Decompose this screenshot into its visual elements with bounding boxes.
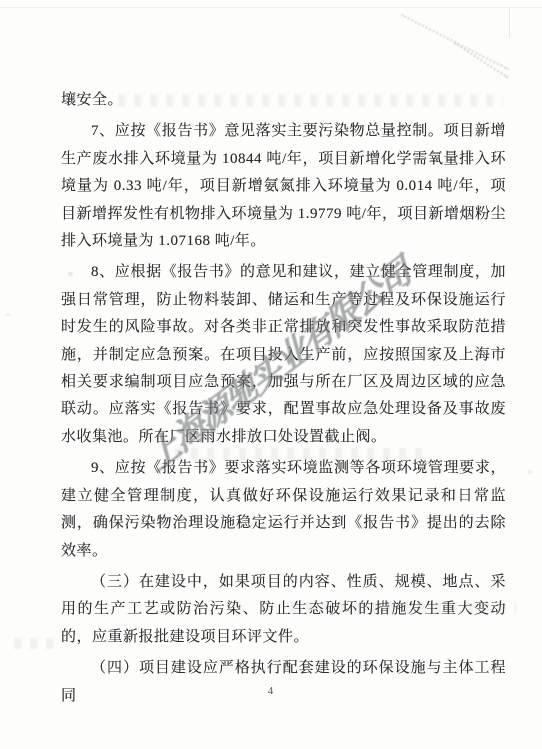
scan-right-edge-mark (509, 8, 510, 38)
paragraph: 7、应按《报告书》意见落实主要污染物总量控制。项目新增生产废水排入环境量为 10… (61, 118, 506, 255)
paragraph: 9、应按《报告书》要求落实环境监测等各项环境管理要求，建立健全管理制度，认真做好… (61, 455, 506, 565)
scan-top-edge-line (0, 7, 542, 8)
scan-smudge (14, 638, 60, 649)
paragraph: （四）项目建设应严格执行配套建设的环保设施与主体工程同 (61, 655, 506, 710)
scan-speck (528, 470, 532, 474)
paragraph: 8、应根据《报告书》的意见和建议，建立健全管理制度，加强日常管理，防止物料装卸、… (61, 259, 506, 451)
scan-scratch-top-right-2 (454, 42, 509, 79)
scan-speck (285, 666, 288, 671)
document-body: 壤安全。7、应按《报告书》意见落实主要污染物总量控制。项目新增生产废水排入环境量… (61, 87, 506, 714)
scan-speck (68, 272, 73, 276)
scan-speck (6, 313, 10, 316)
scanned-page: 壤安全。7、应按《报告书》意见落实主要污染物总量控制。项目新增生产废水排入环境量… (0, 0, 542, 749)
scan-smudge (175, 448, 427, 460)
page-number: 4 (0, 685, 542, 697)
scan-smudge (290, 602, 516, 614)
scan-smudge (118, 94, 503, 107)
